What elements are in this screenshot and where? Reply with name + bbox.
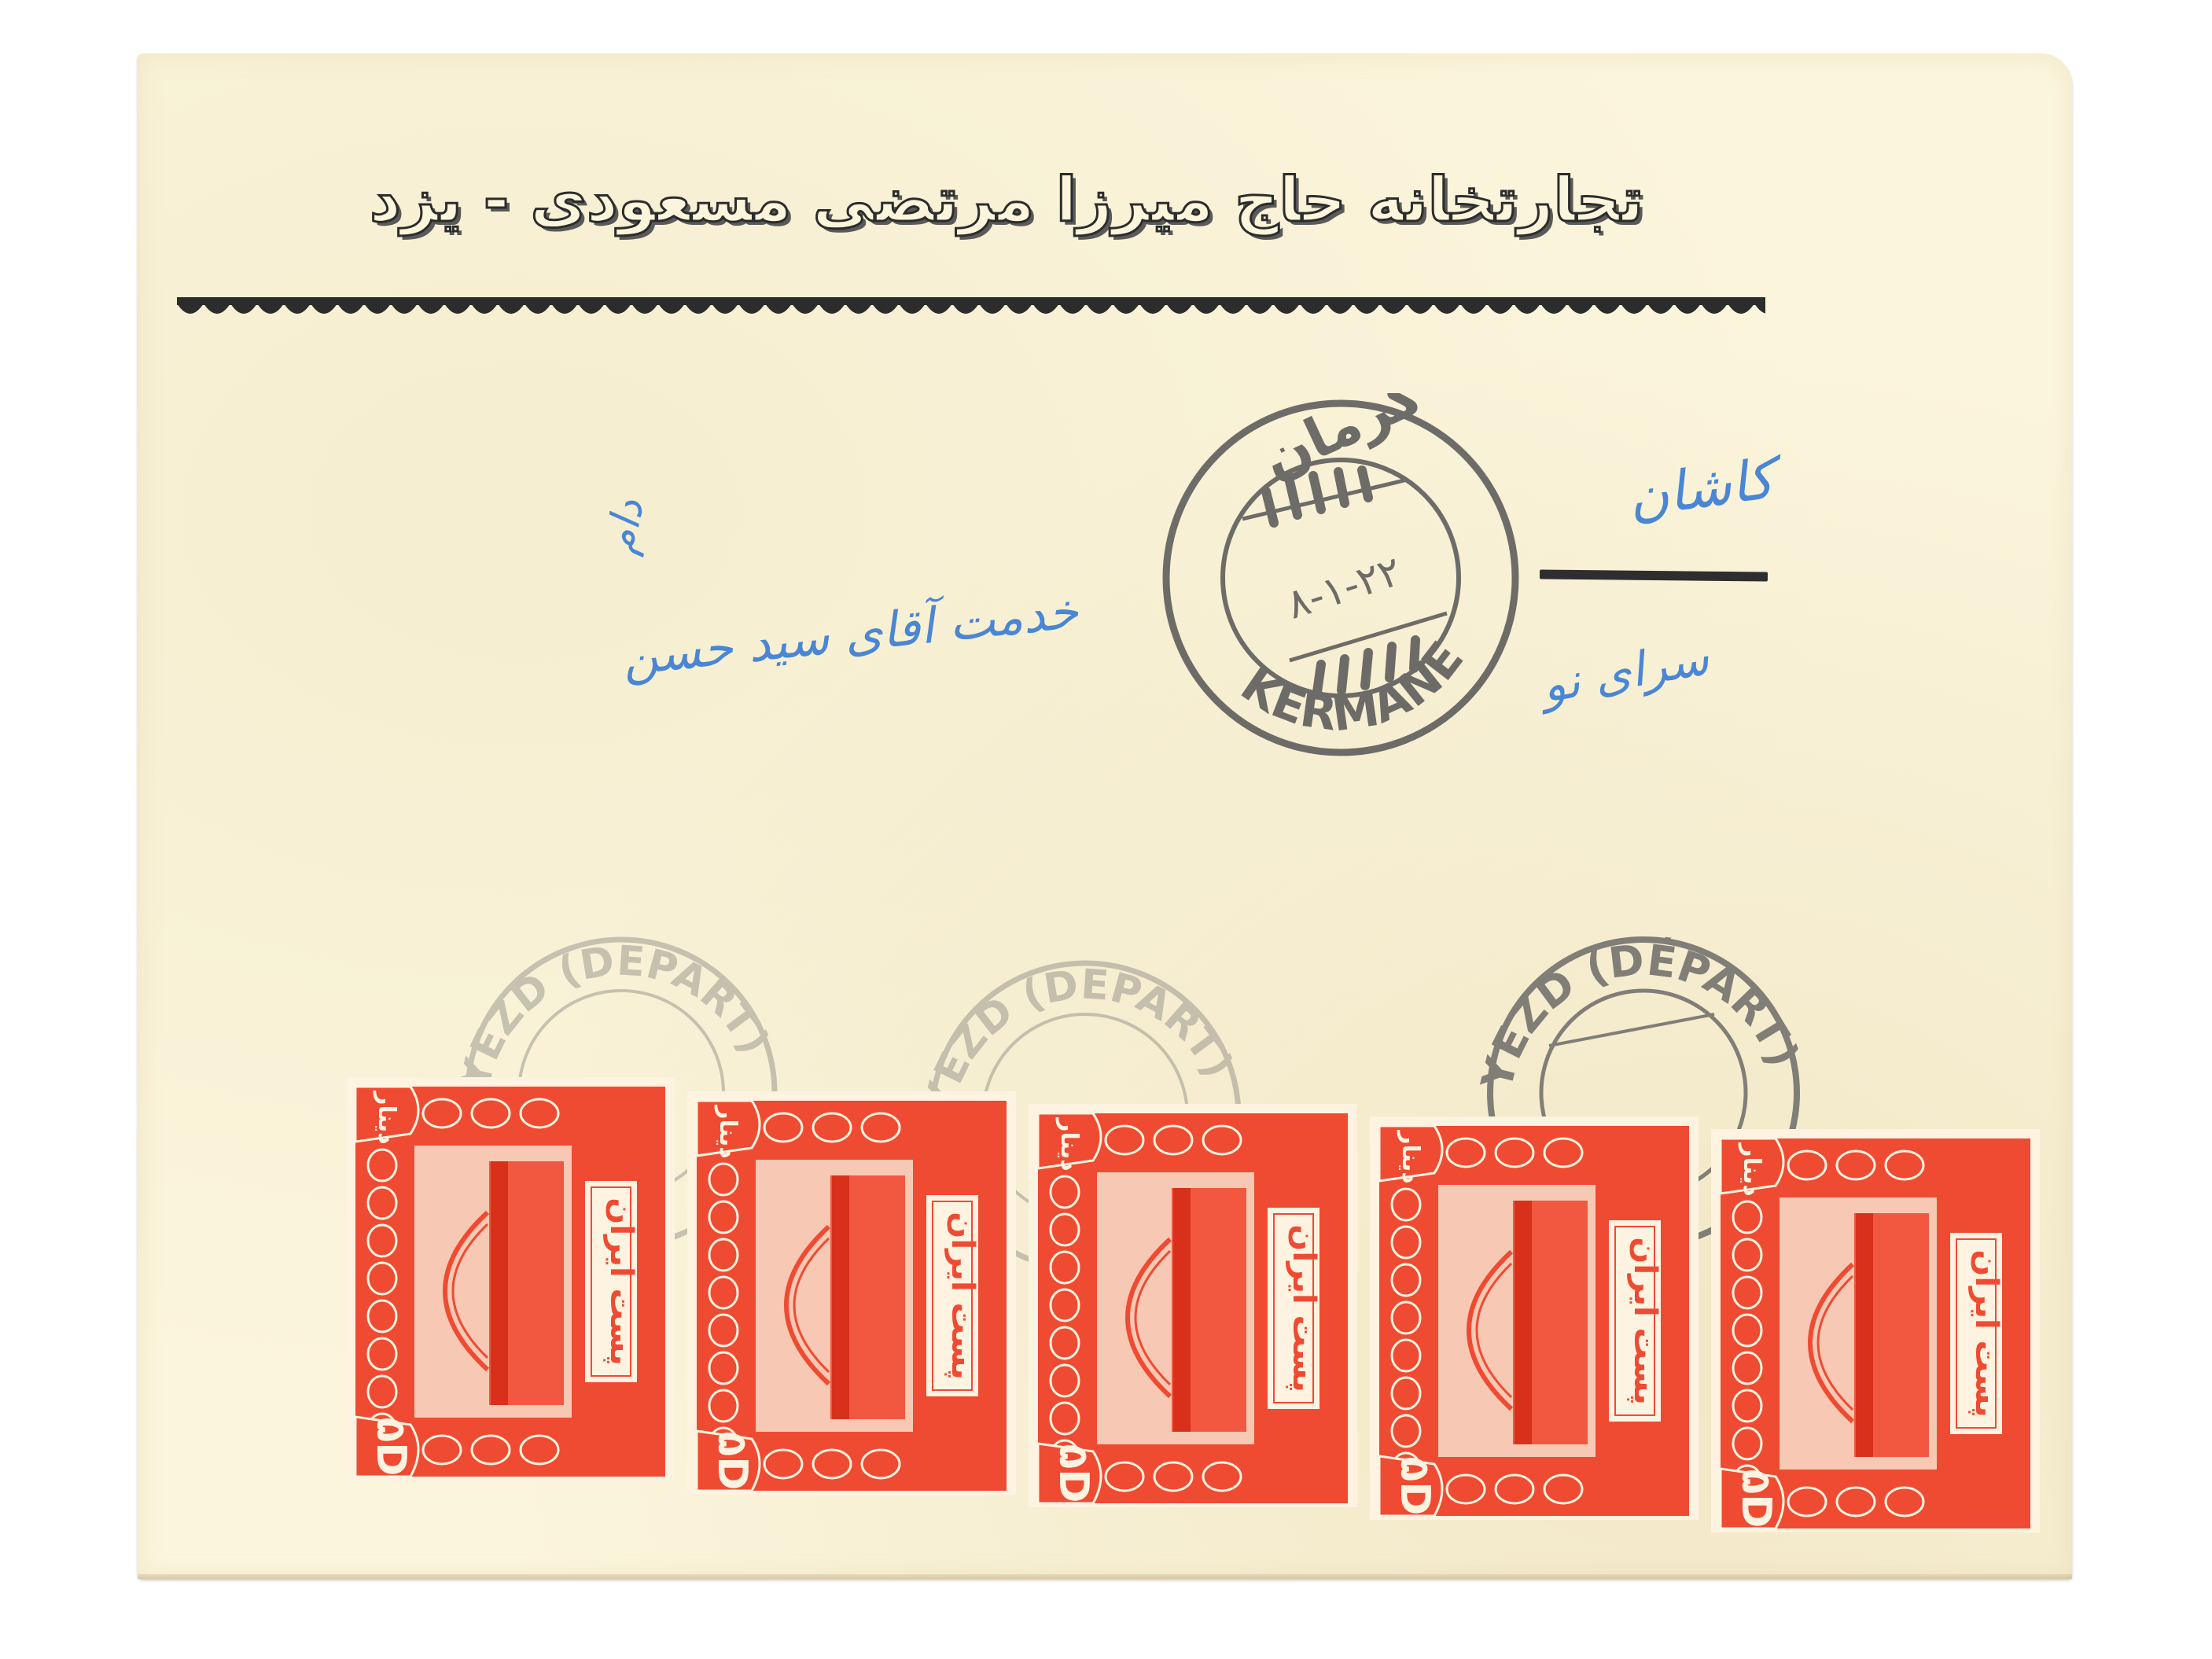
stamp-design: پست ایران دینار ۵D [355, 1087, 665, 1477]
stamp-denomination: ۵D [1391, 1457, 1438, 1516]
stamp-country: پست ایران [1627, 1237, 1663, 1404]
stamp-denomination: ۵D [367, 1418, 414, 1477]
sender-letterhead: تجارتخانه حاج میرزا مرتضی مسعودی - یزد [338, 165, 1675, 236]
stamp-design: پست ایران دینار ۵D [697, 1101, 1007, 1491]
stamp-country: پست ایران [1968, 1249, 2004, 1417]
postage-stamp: پست ایران دینار ۵D [346, 1077, 675, 1486]
postmark-date: ۸-۱-۲۲ [1281, 548, 1407, 629]
stamp-design: پست ایران دینار ۵D [1721, 1138, 2030, 1528]
stamp-currency: دینار [1397, 1129, 1424, 1183]
stamp-design: پست ایران دینار ۵D [1379, 1126, 1689, 1516]
postage-stamp: پست ایران دینار ۵D [687, 1091, 1016, 1500]
postage-stamp: پست ایران دینار ۵D [1029, 1104, 1357, 1513]
stamp-country: پست ایران [603, 1197, 639, 1365]
postage-stamp: پست ایران دینار ۵D [1370, 1116, 1699, 1525]
stamp-currency: دینار [1055, 1116, 1083, 1171]
postmark-kermane: ۸-۱-۲۲ KERMANE کرمان [1156, 393, 1526, 763]
postage-stamp: پست ایران دینار ۵D [1711, 1129, 2040, 1538]
stamp-denomination: ۵D [1050, 1444, 1097, 1503]
stamp-currency: دینار [373, 1090, 400, 1144]
stamp-strip: پست ایران دینار ۵D پست ایران دینار ۵D [346, 1077, 2052, 1494]
svg-text:YEZD (DÉPART): YEZD (DÉPART) [1478, 935, 1809, 1095]
stamp-country: پست ایران [1286, 1224, 1322, 1392]
stamp-country: پست ایران [944, 1212, 981, 1379]
stamp-denomination: ۵D [1732, 1470, 1780, 1528]
scalloped-divider [177, 297, 1765, 329]
stamp-denomination: ۵D [709, 1432, 756, 1491]
stamp-design: پست ایران دینار ۵D [1038, 1113, 1348, 1503]
svg-text:YEZD (DÉPART): YEZD (DÉPART) [456, 936, 778, 1094]
stamp-currency: دینار [714, 1104, 742, 1158]
address-honorific: دام [597, 495, 653, 557]
stamp-currency: دینار [1738, 1142, 1765, 1196]
